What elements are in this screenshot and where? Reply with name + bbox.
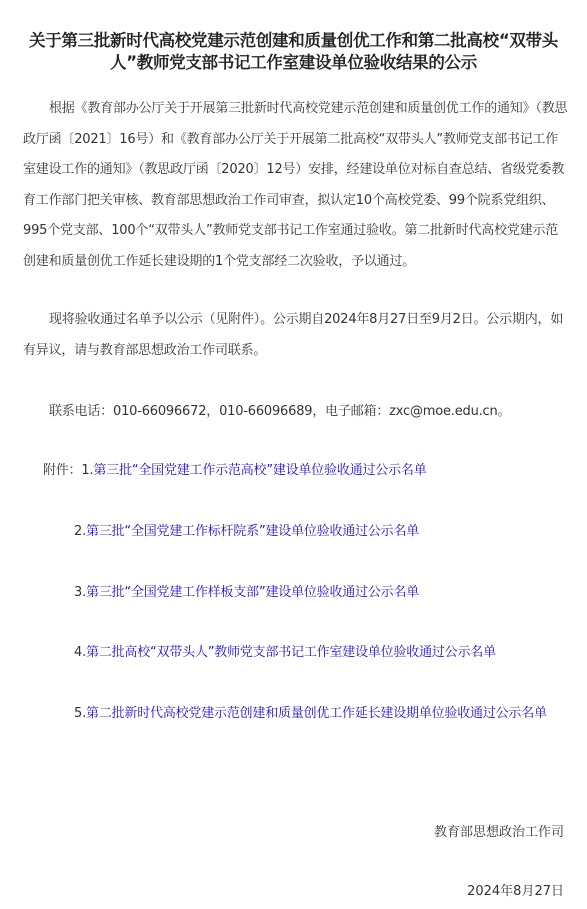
attachment-link-3[interactable]: 第三批“全国党建工作样板支部”建设单位验收通过公示名单	[86, 585, 419, 600]
attachment-link-5[interactable]: 第二批新时代高校党建示范创建和质量创优工作延长建设期单位验收通过公示名单	[86, 706, 547, 721]
document-title: 关于第三批新时代高校党建示范创建和质量创优工作和第二批高校“双带头人”教师党支部…	[20, 30, 567, 74]
body-paragraph-publicity-period: 现将验收通过名单予以公示（见附件）。公示期自2024年8月27日至9月2日。公示…	[23, 305, 569, 366]
attachment-item-1: 附件：1.第三批“全国党建工作示范高校”建设单位验收通过公示名单	[43, 461, 427, 481]
attachment-link-1[interactable]: 第三批“全国党建工作示范高校”建设单位验收通过公示名单	[93, 463, 426, 478]
body-paragraph-basis: 根据《教育部办公厅关于开展第三批新时代高校党建示范创建和质量创优工作的通知》（教…	[23, 94, 569, 277]
issuer-signature: 教育部思想政治工作司	[434, 823, 564, 843]
attachment-number: 2.	[74, 524, 86, 539]
attachment-number: 1.	[81, 463, 93, 478]
attachment-item-4: 4.第二批高校“双带头人”教师党支部书记工作室建设单位验收通过公示名单	[74, 643, 496, 663]
body-paragraph-contact: 联系电话：010-66096672，010-66096689，电子邮箱：zxc@…	[23, 397, 569, 428]
attachment-item-5: 5.第二批新时代高校党建示范创建和质量创优工作延长建设期单位验收通过公示名单	[74, 704, 547, 724]
attachment-link-2[interactable]: 第三批“全国党建工作标杆院系”建设单位验收通过公示名单	[86, 524, 419, 539]
attachment-number: 5.	[74, 706, 86, 721]
attachments-label: 附件：	[43, 463, 81, 478]
attachment-item-3: 3.第三批“全国党建工作样板支部”建设单位验收通过公示名单	[74, 583, 419, 603]
attachment-item-2: 2.第三批“全国党建工作标杆院系”建设单位验收通过公示名单	[74, 522, 419, 542]
issue-date: 2024年8月27日	[467, 882, 564, 902]
attachment-link-4[interactable]: 第二批高校“双带头人”教师党支部书记工作室建设单位验收通过公示名单	[86, 645, 496, 660]
attachment-number: 3.	[74, 585, 86, 600]
attachment-number: 4.	[74, 645, 86, 660]
